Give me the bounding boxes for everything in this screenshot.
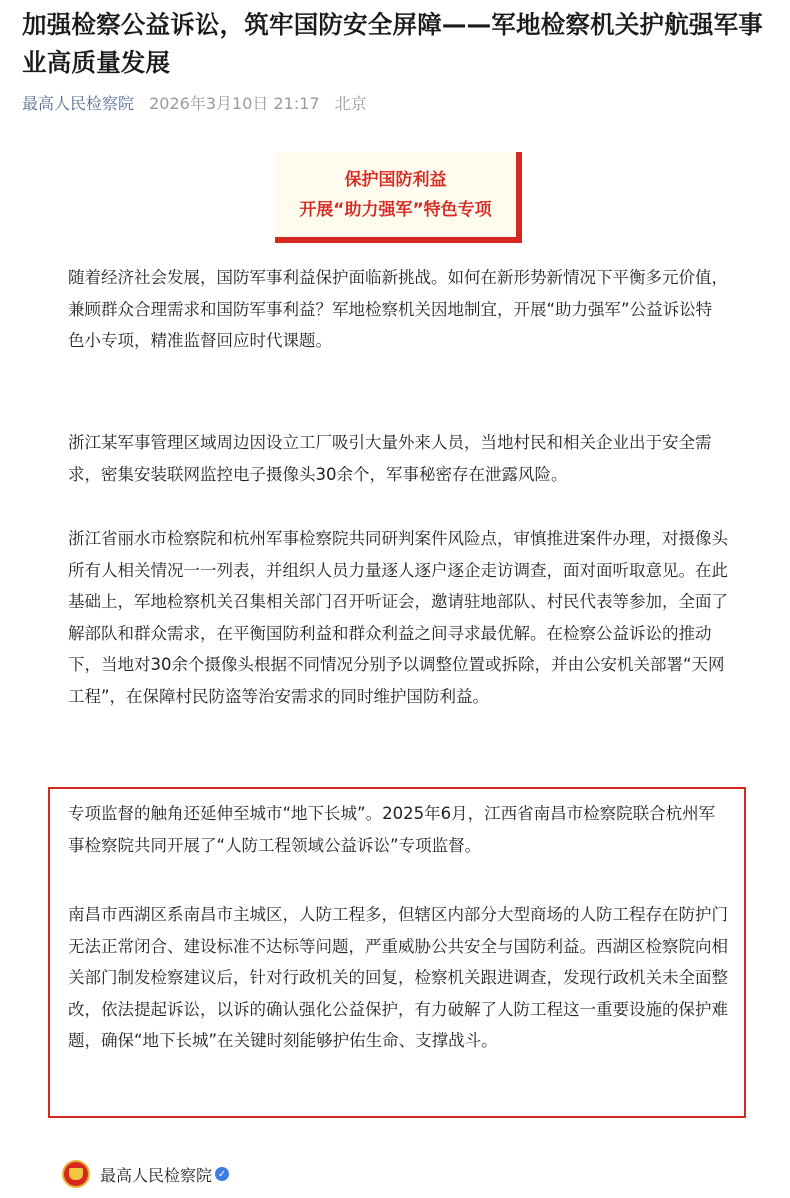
publish-location: 北京 <box>335 94 367 113</box>
account-name[interactable]: 最高人民检察院 <box>100 1163 212 1186</box>
highlight-paragraph: 专项监督的触角还延伸至城市“地下长城”。2025年6月，江西省南昌市检察院联合杭… <box>68 798 728 861</box>
banner-line-1: 保护国防利益 <box>345 165 447 195</box>
paragraph: 浙江省丽水市检察院和杭州军事检察院共同研判案件风险点，审慎推进案件办理，对摄像头… <box>68 523 728 712</box>
paragraph: 浙江某军事管理区域周边因设立工厂吸引大量外来人员，当地村民和相关企业出于安全需求… <box>68 427 728 490</box>
highlight-paragraph: 南昌市西湖区系南昌市主城区，人防工程多，但辖区内部分大型商场的人防工程存在防护门… <box>68 899 728 1057</box>
article-title: 加强检察公益诉讼，筑牢国防安全屏障——军地检察机关护航强军事业高质量发展 <box>22 6 782 82</box>
section-banner: 保护国防利益 开展“助力强军”特色专项 <box>275 152 522 243</box>
article-meta: 最高人民检察院 2026年3月10日 21:17 北京 <box>22 92 367 116</box>
paragraph: 随着经济社会发展，国防军事利益保护面临新挑战。如何在新形势新情况下平衡多元价值，… <box>68 262 728 357</box>
verified-check-icon: ✓ <box>215 1167 229 1181</box>
account-footer[interactable]: 最高人民检察院 ✓ <box>62 1160 229 1188</box>
banner-line-2: 开展“助力强军”特色专项 <box>299 195 491 225</box>
source-link[interactable]: 最高人民检察院 <box>22 94 134 113</box>
procuratorate-emblem-icon <box>62 1160 90 1188</box>
publish-date: 2026年3月10日 21:17 <box>149 94 319 113</box>
